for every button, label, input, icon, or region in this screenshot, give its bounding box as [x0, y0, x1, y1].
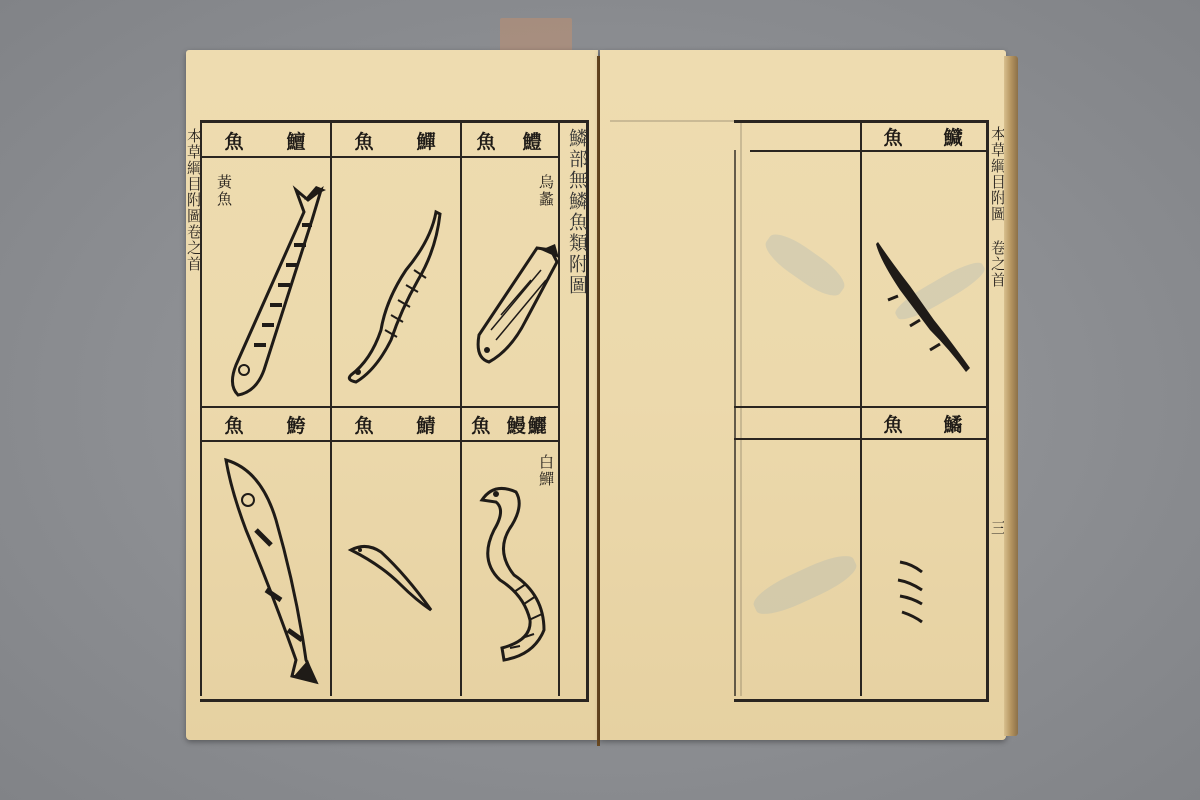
title-char: 鱧 [522, 127, 543, 154]
right-page: 魚 鱵 魚 鱊 本草綱目附圖 卷之首 三 [600, 50, 1006, 740]
left-margin-title: 本草綱目附圖卷之首 [184, 128, 205, 428]
fish-illustration-snakehead [471, 240, 561, 370]
cell-title-li-yu: 魚 鱧 [464, 124, 556, 156]
cell-title-yu-yu: 魚 鱊 [864, 408, 984, 438]
cell-title-zhen-yu: 魚 鱵 [864, 122, 984, 150]
column-divider [860, 120, 862, 696]
title-char: 鱓 [416, 127, 437, 154]
title-char: 魚 [224, 127, 245, 154]
column-divider [734, 150, 736, 696]
fish-illustration-needlefish [870, 240, 980, 380]
title-char: 鮬 [286, 411, 307, 438]
fish-illustration-kua [216, 450, 326, 690]
page-edges [1004, 56, 1018, 736]
title-char: 魚 [224, 411, 245, 438]
annotation-wu-li: 烏蠡 [536, 174, 557, 208]
fish-illustration-sturgeon [216, 180, 336, 400]
title-char: 魚 [883, 123, 904, 150]
title-char: 魚 [883, 410, 904, 437]
title-rule [200, 440, 558, 442]
title-char: 魚 [476, 127, 497, 154]
fish-illustration-qing [346, 540, 446, 630]
title-rule [734, 438, 986, 440]
column-divider [460, 120, 462, 696]
title-char: 鰻鱺 [507, 411, 549, 438]
title-char: 鱵 [943, 123, 964, 150]
title-char: 魚 [471, 411, 492, 438]
title-char: 魚 [354, 127, 375, 154]
title-rule [750, 150, 986, 152]
cell-title-shan-yu-2: 魚 鱓 [334, 124, 458, 156]
cell-title-kua-yu: 魚 鮬 [204, 408, 328, 440]
side-heading: 鱗部無鱗魚類附圖 [564, 128, 591, 408]
cell-title-qing-yu: 魚 鯖 [334, 408, 458, 440]
left-page: 本草綱目附圖卷之首 鱗部無鱗魚類附圖 魚 鱣 魚 鱓 魚 鱧 黃魚 烏蠡 魚 鮬 [186, 50, 598, 740]
open-book: 本草綱目附圖卷之首 鱗部無鱗魚類附圖 魚 鱣 魚 鱓 魚 鱧 黃魚 烏蠡 魚 鮬 [186, 50, 1018, 746]
title-char: 鯖 [416, 411, 437, 438]
fish-illustration-yu-small [890, 550, 950, 630]
bleed-through-rule [610, 120, 750, 122]
fish-illustration-eel [336, 200, 446, 390]
title-char: 鱣 [286, 127, 307, 154]
cell-title-man-li-yu: 魚 鰻鱺 [464, 408, 556, 440]
title-char: 魚 [354, 411, 375, 438]
fish-illustration-man-li [474, 480, 564, 670]
title-char: 鱊 [943, 410, 964, 437]
cell-title-shan-yu: 魚 鱣 [204, 124, 328, 156]
title-rule [200, 156, 558, 158]
